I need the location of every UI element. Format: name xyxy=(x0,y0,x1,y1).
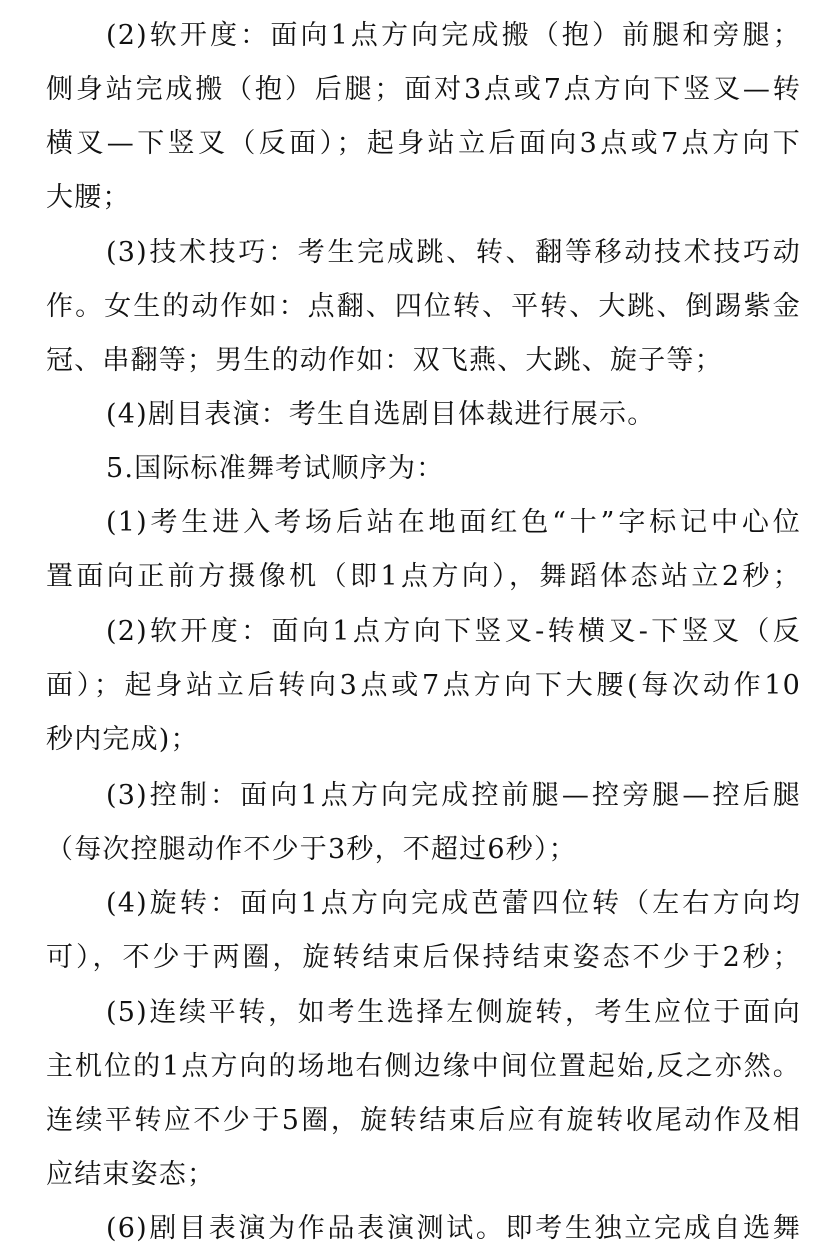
section-heading-5: 5.国际标准舞考试顺序为： xyxy=(106,449,801,489)
text-line-4: 大腰； xyxy=(46,178,801,218)
text-line-15: (3)控制：面向1点方向完成控前腿—控旁腿—控后腿 xyxy=(106,776,801,816)
text-line-23: (6)剧目表演为作品表演测试。即考生独立完成自选舞 xyxy=(106,1209,801,1249)
text-line-13: 面）；起身站立后转向3点或7点方向下大腰(每次动作10 xyxy=(46,666,801,706)
text-line-22: 应结束姿态； xyxy=(46,1155,801,1195)
text-line-17: (4)旋转：面向1点方向完成芭蕾四位转（左右方向均 xyxy=(106,884,801,924)
text-line-16: （每次控腿动作不少于3秒，不超过6秒）； xyxy=(46,830,801,870)
text-line-14: 秒内完成)； xyxy=(46,720,801,760)
text-line-12: (2)软开度：面向1点方向下竖叉-转横叉-下竖叉（反 xyxy=(106,612,801,652)
text-line-11: 置面向正前方摄像机（即1点方向），舞蹈体态站立2秒； xyxy=(46,557,801,597)
text-line-21: 连续平转应不少于5圈，旋转结束后应有旋转收尾动作及相 xyxy=(46,1101,801,1141)
text-line-1: (2)软开度：面向1点方向完成搬（抱）前腿和旁腿； xyxy=(106,16,801,56)
text-line-19: (5)连续平转，如考生选择左侧旋转，考生应位于面向 xyxy=(106,993,801,1033)
text-line-8: (4)剧目表演：考生自选剧目体裁进行展示。 xyxy=(106,395,801,435)
text-line-18: 可），不少于两圈，旋转结束后保持结束姿态不少于2秒； xyxy=(46,938,801,978)
text-line-2: 侧身站完成搬（抱）后腿；面对3点或7点方向下竖叉—转 xyxy=(46,70,801,110)
text-line-7: 冠、串翻等；男生的动作如：双飞燕、大跳、旋子等； xyxy=(46,341,801,381)
text-line-6: 作。女生的动作如：点翻、四位转、平转、大跳、倒踢紫金 xyxy=(46,287,801,327)
text-line-5: (3)技术技巧：考生完成跳、转、翻等移动技术技巧动 xyxy=(106,233,801,273)
text-line-3: 横叉—下竖叉（反面）；起身站立后面向3点或7点方向下 xyxy=(46,124,801,164)
text-line-10: (1)考生进入考场后站在地面红色“十”字标记中心位 xyxy=(106,503,801,543)
text-line-20: 主机位的1点方向的场地右侧边缘中间位置起始,反之亦然。 xyxy=(46,1047,801,1087)
